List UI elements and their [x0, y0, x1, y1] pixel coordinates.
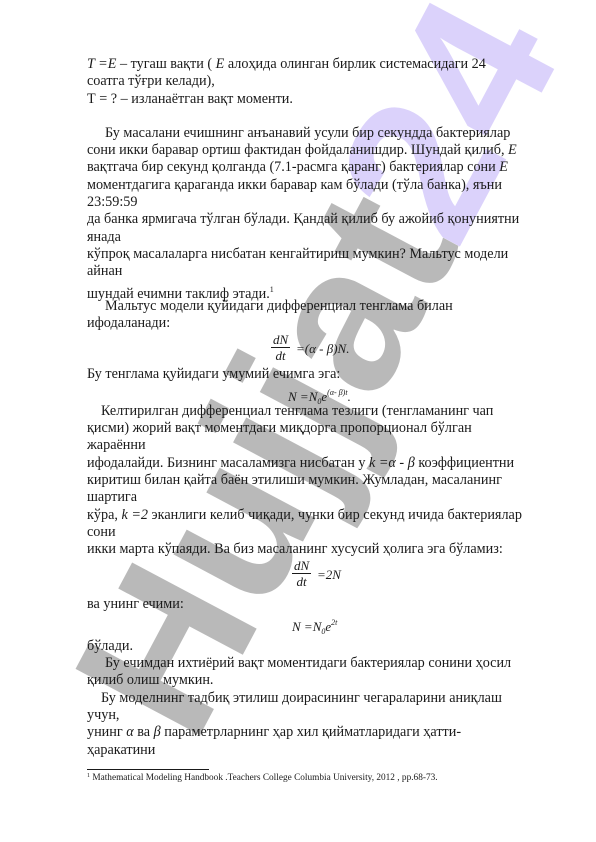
math-E: E	[216, 56, 225, 72]
paragraph-line: учун,	[87, 707, 553, 724]
paragraph-line: айнан	[87, 263, 553, 280]
paragraph-line: шундай ечимни таклиф этади.1	[87, 281, 553, 298]
footnote-separator	[87, 769, 209, 770]
paragraph-line: 23:59:59	[87, 194, 553, 211]
equation-specific-differential: dN dt =2N	[87, 558, 553, 596]
footnote-reference[interactable]: 1	[270, 285, 274, 294]
footnote: 1 Mathematical Modeling Handbook .Teache…	[87, 773, 438, 783]
equation-general-solution: N =N0e(α- β)t.	[87, 384, 553, 403]
fraction-dN-dt: dN dt	[292, 558, 311, 589]
math-k-equals-alpha-minus-beta: k =α - β	[369, 455, 415, 471]
paragraph-line: бўлади.	[87, 638, 553, 655]
math-E: E	[508, 142, 517, 158]
definition-line-E: T =E – тугаш вақти ( E алоҳида олинган б…	[87, 56, 553, 73]
paragraph-line: икки марта кўпаяди. Ва биз масаланинг ху…	[87, 541, 553, 558]
paragraph-line: кўра, k =2 эканлиги келиб чиқади, чунки …	[87, 507, 553, 524]
paragraph-line: жараённи	[87, 437, 553, 454]
paragraph-line: қисми) жорий вақт моментдаги миқдорга пр…	[87, 420, 553, 437]
math-k-equals-2: k =2	[121, 507, 148, 523]
paragraph-line: да банка ярмигача тўлган бўлади. Қандай …	[87, 211, 553, 228]
document-page: Hujjat 24 T =E – тугаш вақти ( E алоҳида…	[0, 0, 596, 842]
paragraph-line: кўпроқ масалаларга нисбатан кенгайтириш …	[87, 246, 553, 263]
math-beta: β	[154, 724, 161, 740]
paragraph-line: киритиш билан қайта баён этилиши мумкин.…	[87, 472, 553, 489]
paragraph-line: вақтгача бир секунд қолганда (7.1-расмга…	[87, 159, 553, 176]
paragraph-line: Бу тенглама қуйидаги умумий ечимга эга:	[87, 366, 553, 383]
paragraph-line: Мальтус модели қуйидаги дифференциал тен…	[87, 298, 553, 315]
math-T-equals-E: T =E	[87, 56, 116, 72]
paragraph-line: ифодалайди. Бизнинг масаламизга нисбатан…	[87, 455, 553, 472]
paragraph-line: Бу ечимдан ихтиёрий вақт моментидаги бак…	[87, 655, 553, 672]
document-body: T =E – тугаш вақти ( E алоҳида олинган б…	[87, 56, 553, 759]
fraction-dN-dt: dN dt	[271, 332, 290, 363]
paragraph-line: Бу масалани ечишнинг анъанавий усули бир…	[87, 125, 553, 142]
equation-rhs: =(α - β)N.	[296, 340, 349, 357]
footnote-text: Mathematical Modeling Handbook .Teachers…	[90, 773, 438, 783]
paragraph-line: моментдагига қараганда икки баравар кам …	[87, 177, 553, 194]
paragraph-line: ифодаланади:	[87, 315, 553, 332]
paragraph-line: қилиб олиш мумкин.	[87, 672, 553, 689]
math-E: E	[499, 159, 508, 175]
paragraph-line: ва унинг ечими:	[87, 596, 553, 613]
equation-rhs: =2N	[317, 566, 341, 583]
paragraph-line: унинг α ва β параметрларнинг ҳар хил қий…	[87, 724, 553, 741]
paragraph-line: ҳаракатини	[87, 742, 553, 759]
paragraph-line: шартига	[87, 489, 553, 506]
paragraph-line: сони икки баравар ортиш фактидан фойдала…	[87, 142, 553, 159]
paragraph-line: сони	[87, 524, 553, 541]
equation-specific-solution: N =N0e2t	[87, 614, 553, 638]
equation-malthus-differential: dN dt =(α - β)N.	[87, 332, 553, 366]
paragraph-line: янада	[87, 229, 553, 246]
math-alpha: α	[126, 724, 133, 740]
paragraph-line: Бу моделнинг тадбиқ этилиш доирасининг ч…	[87, 690, 553, 707]
text-line: соатга тўғри келади),	[87, 73, 553, 90]
definition-line-T: Т = ? – изланаётган вақт моменти.	[87, 91, 553, 108]
